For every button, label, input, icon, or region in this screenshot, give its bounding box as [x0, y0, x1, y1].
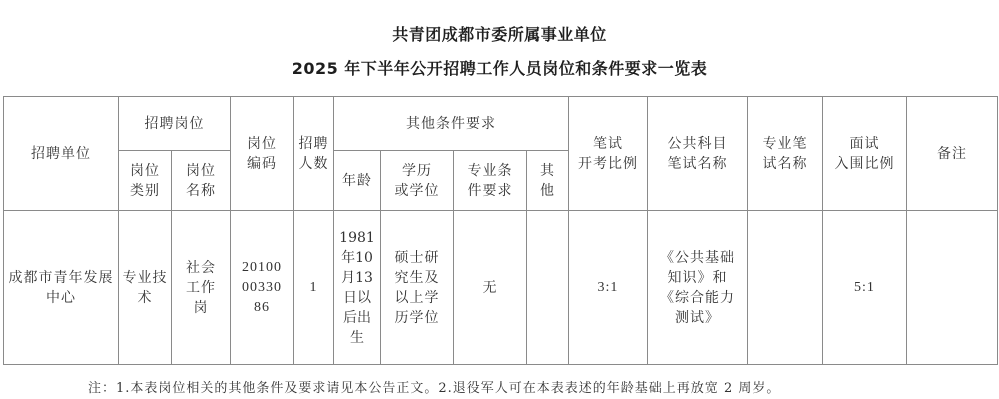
header-position-group: 招聘岗位 — [119, 97, 231, 151]
header-professional-exam-name: 专业笔 试名称 — [748, 97, 823, 211]
cell-interview-ratio: 5:1 — [823, 211, 907, 365]
recruitment-table: 招聘单位 招聘岗位 岗位 编码 招聘 人数 其他条件要求 笔试 开考比例 公共科… — [3, 96, 998, 365]
cell-public-exam-name: 《公共基础知识》和《综合能力测试》 — [648, 211, 748, 365]
header-row-main: 招聘单位 招聘岗位 岗位 编码 招聘 人数 其他条件要求 笔试 开考比例 公共科… — [4, 97, 998, 151]
header-public-exam-name: 公共科目 笔试名称 — [648, 97, 748, 211]
header-unit: 招聘单位 — [4, 97, 119, 211]
cell-unit: 成都市青年发展中心 — [4, 211, 119, 365]
header-education: 学历 或学位 — [381, 151, 454, 211]
header-position-name: 岗位 名称 — [172, 151, 231, 211]
cell-written-exam-ratio: 3:1 — [569, 211, 648, 365]
footnote: 注：1.本表岗位相关的其他条件及要求请见本公告正文。2.退役军人可在本表表述的年… — [88, 377, 780, 396]
document-title-line2: 2025 年下半年公开招聘工作人员岗位和条件要求一览表 — [0, 56, 999, 79]
header-other-requirements-group: 其他条件要求 — [334, 97, 569, 151]
cell-education: 硕士研究生及以上学历学位 — [381, 211, 454, 365]
cell-headcount: 1 — [294, 211, 334, 365]
header-position-category: 岗位 类别 — [119, 151, 172, 211]
cell-remarks — [907, 211, 998, 365]
header-age: 年龄 — [334, 151, 381, 211]
cell-professional-exam-name — [748, 211, 823, 365]
header-remarks: 备注 — [907, 97, 998, 211]
cell-position-category: 专业技术 — [119, 211, 172, 365]
header-written-exam-ratio: 笔试 开考比例 — [569, 97, 648, 211]
table-row: 成都市青年发展中心 专业技术 社会工作岗 201000033086 1 1981… — [4, 211, 998, 365]
header-position-code: 岗位 编码 — [231, 97, 294, 211]
cell-other — [527, 211, 569, 365]
header-headcount: 招聘 人数 — [294, 97, 334, 211]
cell-age: 1981年10月13日以后出生 — [334, 211, 381, 365]
cell-position-name: 社会工作岗 — [172, 211, 231, 365]
header-interview-ratio: 面试 入围比例 — [823, 97, 907, 211]
cell-major: 无 — [454, 211, 527, 365]
document-title-line1: 共青团成都市委所属事业单位 — [0, 22, 999, 45]
header-other: 其 他 — [527, 151, 569, 211]
cell-position-code: 201000033086 — [231, 211, 294, 365]
header-major: 专业条 件要求 — [454, 151, 527, 211]
